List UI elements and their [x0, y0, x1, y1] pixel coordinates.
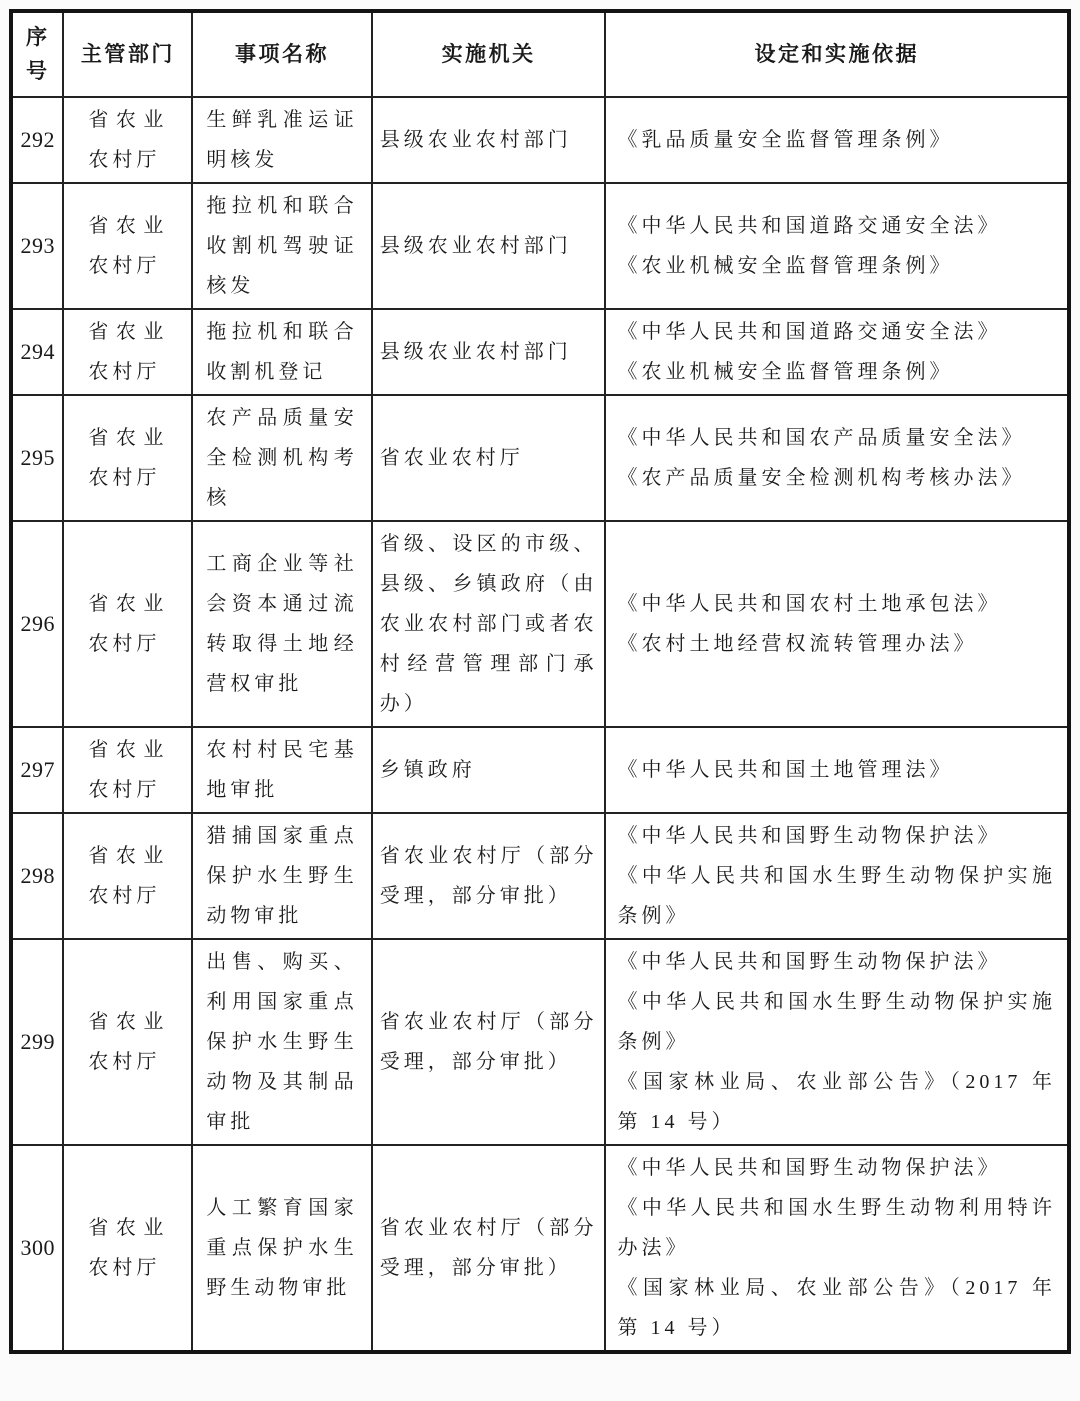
- cell-item-name: 拖拉机和联合收割机登记: [192, 309, 371, 395]
- cell-serial-number: 294: [11, 309, 63, 395]
- basis-line: 《国家林业局、农业部公告》（2017 年第 14 号）: [617, 1268, 1056, 1348]
- cell-item-name: 生鲜乳准运证明核发: [192, 97, 371, 183]
- table-row: 296 省农业农村厅 工商企业等社会资本通过流转取得土地经营权审批 省级、设区的…: [11, 521, 1069, 727]
- cell-department: 省农业农村厅: [63, 939, 192, 1145]
- cell-serial-number: 293: [11, 183, 63, 309]
- cell-department: 省农业农村厅: [63, 1145, 192, 1352]
- cell-agency: 乡镇政府: [372, 727, 606, 813]
- basis-line: 《国家林业局、农业部公告》（2017 年第 14 号）: [617, 1062, 1056, 1142]
- column-header-department: 主管部门: [63, 11, 192, 97]
- basis-line: 《农业机械安全监督管理条例》: [617, 246, 1056, 286]
- basis-line: 《中华人民共和国土地管理法》: [617, 750, 1056, 790]
- cell-agency: 省农业农村厅（部分受理，部分审批）: [372, 813, 606, 939]
- cell-department: 省农业农村厅: [63, 97, 192, 183]
- cell-basis: 《中华人民共和国土地管理法》: [605, 727, 1069, 813]
- cell-serial-number: 299: [11, 939, 63, 1145]
- cell-basis: 《中华人民共和国农村土地承包法》《农村土地经营权流转管理办法》: [605, 521, 1069, 727]
- column-header-serial: 序号: [11, 11, 63, 97]
- cell-basis: 《中华人民共和国道路交通安全法》《农业机械安全监督管理条例》: [605, 309, 1069, 395]
- cell-department: 省农业农村厅: [63, 395, 192, 521]
- cell-basis: 《中华人民共和国农产品质量安全法》《农产品质量安全检测机构考核办法》: [605, 395, 1069, 521]
- cell-item-name: 农村村民宅基地审批: [192, 727, 371, 813]
- cell-item-name: 出售、购买、利用国家重点保护水生野生动物及其制品审批: [192, 939, 371, 1145]
- document-page: 序号 主管部门 事项名称 实施机关 设定和实施依据 292 省农业农村厅 生鲜乳…: [0, 0, 1080, 1363]
- cell-basis: 《中华人民共和国野生动物保护法》《中华人民共和国水生野生动物保护实施条例》: [605, 813, 1069, 939]
- basis-line: 《中华人民共和国农村土地承包法》: [617, 584, 1056, 624]
- basis-line: 《中华人民共和国道路交通安全法》: [617, 312, 1056, 352]
- cell-agency: 省农业农村厅: [372, 395, 606, 521]
- header-row: 序号 主管部门 事项名称 实施机关 设定和实施依据: [11, 11, 1069, 97]
- cell-basis: 《中华人民共和国野生动物保护法》《中华人民共和国水生野生动物保护实施条例》《国家…: [605, 939, 1069, 1145]
- basis-line: 《中华人民共和国野生动物保护法》: [617, 1148, 1056, 1188]
- basis-line: 《中华人民共和国水生野生动物利用特许办法》: [617, 1188, 1056, 1268]
- cell-serial-number: 292: [11, 97, 63, 183]
- table-row: 292 省农业农村厅 生鲜乳准运证明核发 县级农业农村部门 《乳品质量安全监督管…: [11, 97, 1069, 183]
- cell-department: 省农业农村厅: [63, 813, 192, 939]
- table-body: 292 省农业农村厅 生鲜乳准运证明核发 县级农业农村部门 《乳品质量安全监督管…: [11, 97, 1069, 1352]
- basis-line: 《乳品质量安全监督管理条例》: [617, 120, 1056, 160]
- cell-agency: 省农业农村厅（部分受理，部分审批）: [372, 939, 606, 1145]
- cell-department: 省农业农村厅: [63, 727, 192, 813]
- cell-serial-number: 295: [11, 395, 63, 521]
- table-row: 297 省农业农村厅 农村村民宅基地审批 乡镇政府 《中华人民共和国土地管理法》: [11, 727, 1069, 813]
- basis-line: 《农业机械安全监督管理条例》: [617, 352, 1056, 392]
- cell-basis: 《中华人民共和国野生动物保护法》《中华人民共和国水生野生动物利用特许办法》《国家…: [605, 1145, 1069, 1352]
- table-row: 298 省农业农村厅 猎捕国家重点保护水生野生动物审批 省农业农村厅（部分受理，…: [11, 813, 1069, 939]
- column-header-item-name: 事项名称: [192, 11, 371, 97]
- table-row: 293 省农业农村厅 拖拉机和联合收割机驾驶证核发 县级农业农村部门 《中华人民…: [11, 183, 1069, 309]
- column-header-basis: 设定和实施依据: [605, 11, 1069, 97]
- cell-basis: 《乳品质量安全监督管理条例》: [605, 97, 1069, 183]
- cell-item-name: 工商企业等社会资本通过流转取得土地经营权审批: [192, 521, 371, 727]
- table-row: 295 省农业农村厅 农产品质量安全检测机构考核 省农业农村厅 《中华人民共和国…: [11, 395, 1069, 521]
- table-row: 299 省农业农村厅 出售、购买、利用国家重点保护水生野生动物及其制品审批 省农…: [11, 939, 1069, 1145]
- cell-agency: 省农业农村厅（部分受理，部分审批）: [372, 1145, 606, 1352]
- basis-line: 《中华人民共和国道路交通安全法》: [617, 206, 1056, 246]
- cell-agency: 县级农业农村部门: [372, 309, 606, 395]
- basis-line: 《中华人民共和国野生动物保护法》: [617, 942, 1056, 982]
- cell-serial-number: 296: [11, 521, 63, 727]
- cell-agency: 县级农业农村部门: [372, 183, 606, 309]
- cell-serial-number: 300: [11, 1145, 63, 1352]
- approval-items-table: 序号 主管部门 事项名称 实施机关 设定和实施依据 292 省农业农村厅 生鲜乳…: [9, 9, 1071, 1354]
- basis-line: 《农产品质量安全检测机构考核办法》: [617, 458, 1056, 498]
- cell-basis: 《中华人民共和国道路交通安全法》《农业机械安全监督管理条例》: [605, 183, 1069, 309]
- column-header-agency: 实施机关: [372, 11, 606, 97]
- basis-line: 《中华人民共和国水生野生动物保护实施条例》: [617, 982, 1056, 1062]
- table-header: 序号 主管部门 事项名称 实施机关 设定和实施依据: [11, 11, 1069, 97]
- cell-item-name: 人工繁育国家重点保护水生野生动物审批: [192, 1145, 371, 1352]
- cell-item-name: 农产品质量安全检测机构考核: [192, 395, 371, 521]
- basis-line: 《农村土地经营权流转管理办法》: [617, 624, 1056, 664]
- cell-agency: 县级农业农村部门: [372, 97, 606, 183]
- basis-line: 《中华人民共和国野生动物保护法》: [617, 816, 1056, 856]
- table-row: 300 省农业农村厅 人工繁育国家重点保护水生野生动物审批 省农业农村厅（部分受…: [11, 1145, 1069, 1352]
- cell-item-name: 猎捕国家重点保护水生野生动物审批: [192, 813, 371, 939]
- cell-department: 省农业农村厅: [63, 309, 192, 395]
- cell-serial-number: 298: [11, 813, 63, 939]
- table-row: 294 省农业农村厅 拖拉机和联合收割机登记 县级农业农村部门 《中华人民共和国…: [11, 309, 1069, 395]
- basis-line: 《中华人民共和国水生野生动物保护实施条例》: [617, 856, 1056, 936]
- cell-agency: 省级、设区的市级、县级、乡镇政府（由农业农村部门或者农村经营管理部门承办）: [372, 521, 606, 727]
- cell-serial-number: 297: [11, 727, 63, 813]
- cell-department: 省农业农村厅: [63, 521, 192, 727]
- basis-line: 《中华人民共和国农产品质量安全法》: [617, 418, 1056, 458]
- cell-department: 省农业农村厅: [63, 183, 192, 309]
- cell-item-name: 拖拉机和联合收割机驾驶证核发: [192, 183, 371, 309]
